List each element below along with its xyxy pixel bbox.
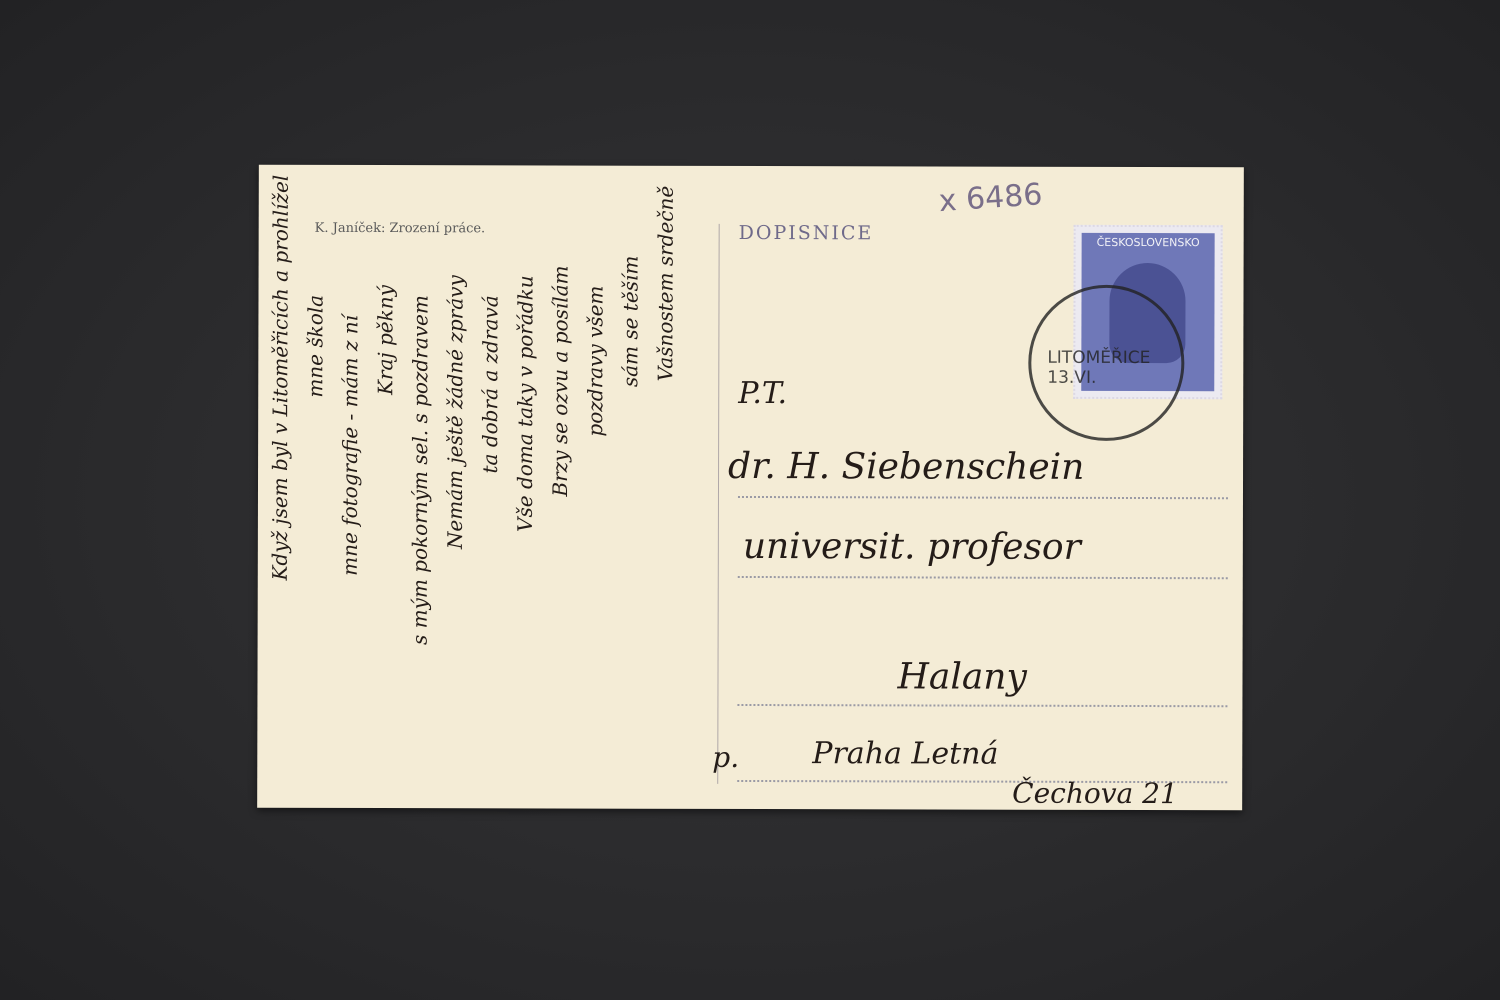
message-line: ta dobrá a zdravá <box>478 295 502 473</box>
address-line-7: Čechova 21 <box>1012 777 1178 810</box>
postmark-circle: LITOMĚŘICE 13.VI. <box>1028 285 1184 441</box>
message-line: mne fotografie - mám z ní <box>338 315 363 576</box>
address-guide-line <box>738 576 1228 579</box>
message-line: Brzy se ozvu a posílám <box>548 265 573 496</box>
message-line: sám se těším <box>618 256 642 388</box>
stamp-country: ČESKOSLOVENSKO <box>1082 236 1215 249</box>
address-line-3: universit. profesor <box>743 526 1081 568</box>
postcard: K. Janíček: Zrození práce. DOPISNICE x 6… <box>257 165 1244 811</box>
address-line-4: Halany <box>897 656 1026 697</box>
message-line: Když jsem byl v Litoměřicích a prohlížel <box>268 175 293 581</box>
message-line: s mým pokorným sel. s pozdravem <box>408 295 433 645</box>
message-line: Nemám ještě žádné zprávy <box>443 275 468 549</box>
address-guide-line <box>737 704 1227 707</box>
message-line: Vše doma taky v pořádku <box>513 275 538 532</box>
address-line-5: p. <box>712 741 739 774</box>
message-line: Kraj pěkný <box>373 285 397 395</box>
address-line-2: dr. H. Siebenschein <box>728 446 1084 488</box>
postcard-title: DOPISNICE <box>739 222 874 244</box>
center-divider <box>717 224 719 784</box>
postmark-text: LITOMĚŘICE 13.VI. <box>1047 348 1181 388</box>
address-line-1: P.T. <box>738 376 787 411</box>
message-line: Vašnostem srdečně <box>653 186 678 382</box>
artwork-credit: K. Janíček: Zrození práce. <box>315 221 486 236</box>
address-line-6: Praha Letná <box>812 736 998 771</box>
message-line: pozdravy všem <box>583 286 607 437</box>
reference-number: x 6486 <box>938 177 1044 219</box>
address-guide-line <box>738 496 1228 499</box>
message-line: mne škola <box>303 295 327 398</box>
